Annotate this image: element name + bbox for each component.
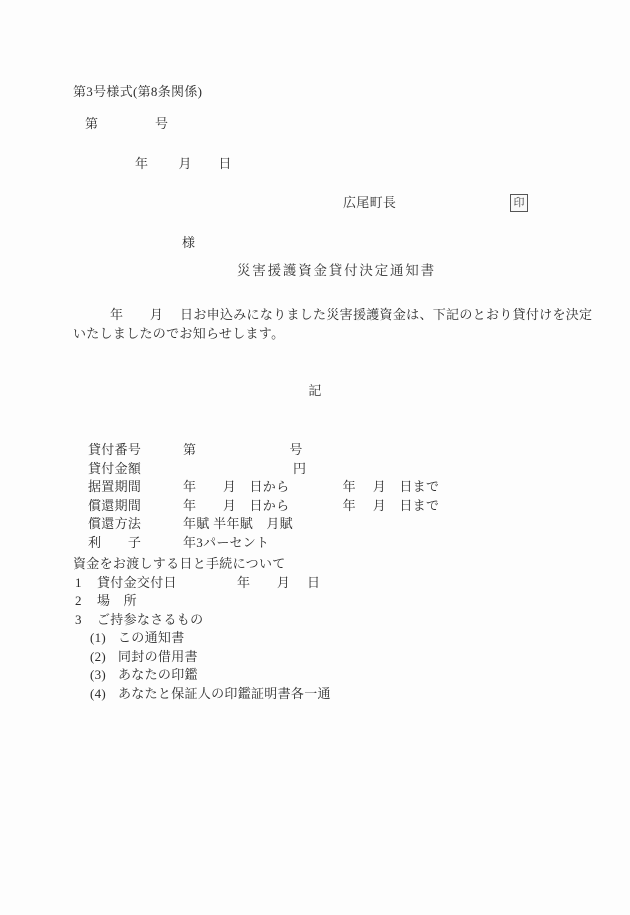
detail-row-label: 償還方法 <box>88 517 141 531</box>
detail-row-value: 年 月 日から 年 月 日まで <box>183 499 439 513</box>
bring-item-text: この通知書 <box>118 631 185 645</box>
detail-row-label: 貸付番号 <box>88 443 141 457</box>
document-title: 災害援護資金貸付決定通知書 <box>237 264 436 278</box>
detail-row-label: 据置期間 <box>88 480 141 494</box>
addressee-suffix: 様 <box>182 236 195 250</box>
doc-number-suffix: 号 <box>155 117 168 131</box>
bring-item-text: 同封の借用書 <box>118 650 198 664</box>
detail-row-value: 年賦 半年賦 月賦 <box>183 517 293 531</box>
bring-item-text: あなたと保証人の印鑑証明書各一通 <box>118 687 331 701</box>
procedure-item-value: 年 月 日 <box>237 576 320 590</box>
bring-item-number: (1) <box>90 631 106 645</box>
issuer-name: 広尾町長 <box>343 196 396 210</box>
detail-row-label: 利 子 <box>88 536 141 550</box>
bring-item-text: あなたの印鑑 <box>118 668 198 682</box>
issue-date-line: 年 月 日 <box>135 157 232 171</box>
procedure-item-number: 1 <box>75 576 82 590</box>
detail-row-value: 円 <box>183 462 306 476</box>
procedure-heading: 資金をお渡しする日と手続について <box>73 557 286 571</box>
detail-row-value: 第 号 <box>183 443 303 457</box>
detail-row-label: 償還期間 <box>88 499 141 513</box>
doc-number-prefix: 第 <box>85 117 98 131</box>
document-page: 第3号様式(第8条関係) 第 号 年 月 日 広尾町長 印 様 災害援護資金貸付… <box>0 0 630 915</box>
official-seal-icon: 印 <box>510 194 528 212</box>
bring-item-number: (3) <box>90 668 106 682</box>
bring-item-number: (2) <box>90 650 106 664</box>
detail-row-label: 貸付金額 <box>88 462 141 476</box>
body-paragraph-line2: いたしましたのでお知らせします。 <box>73 327 284 341</box>
form-style-label: 第3号様式(第8条関係) <box>73 85 202 99</box>
procedure-item-number: 2 <box>75 594 82 608</box>
procedure-item-label: ご持参なさるもの <box>97 613 203 627</box>
bring-item-number: (4) <box>90 687 106 701</box>
detail-row-value: 年 月 日から 年 月 日まで <box>183 480 439 494</box>
ki-heading: 記 <box>0 384 630 398</box>
detail-row-value: 年3パーセント <box>183 536 269 550</box>
procedure-item-label: 場 所 <box>97 594 137 608</box>
procedure-item-label: 貸付金交付日 <box>97 576 177 590</box>
procedure-item-number: 3 <box>75 613 82 627</box>
body-paragraph-line1: 年 月 日お申込みになりました災害援護資金は、下記のとおり貸付けを決定 <box>110 308 592 322</box>
